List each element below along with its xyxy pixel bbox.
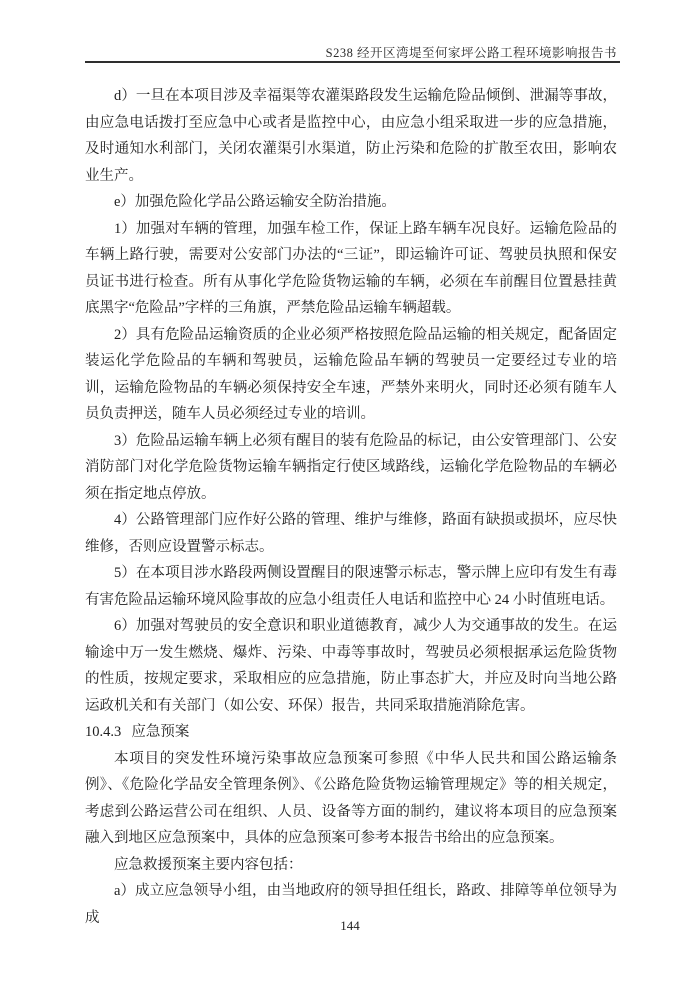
document-body: d）一旦在本项目涉及幸福渠等农灌渠路段发生运输危险品倾倒、泄漏等事故，由应急电话…: [85, 83, 617, 931]
paragraph-6: 6）加强对驾驶员的安全意识和职业道德教育，减少人为交通事故的发生。在运输途中万一…: [85, 613, 617, 719]
paragraph-1: 1）加强对车辆的管理，加强车检工作，保证上路车辆车况良好。运输危险品的车辆上路行…: [85, 216, 617, 322]
document-page: S238 经开区湾堤至何家坪公路工程环境影响报告书 d）一旦在本项目涉及幸福渠等…: [0, 0, 700, 990]
paragraph-3: 3）危险品运输车辆上必须有醒目的装有危险品的标记，由公安管理部门、公安消防部门对…: [85, 428, 617, 508]
paragraph-4: 4）公路管理部门应作好公路的管理、维护与维修，路面有缺损或损坏，应尽快维修，否则…: [85, 507, 617, 560]
page-number: 144: [0, 918, 700, 934]
section-heading-10-4-3: 10.4.3应急预案: [85, 719, 617, 746]
running-header-title: S238 经开区湾堤至何家坪公路工程环境影响报告书: [85, 43, 617, 61]
header-rule: [85, 61, 620, 63]
paragraph-d: d）一旦在本项目涉及幸福渠等农灌渠路段发生运输危险品倾倒、泄漏等事故，由应急电话…: [85, 83, 617, 189]
paragraph-e: e）加强危险化学品公路运输安全防治措施。: [85, 189, 617, 216]
paragraph-2: 2）具有危险品运输资质的企业必须严格按照危险品运输的相关规定，配备固定装运化学危…: [85, 322, 617, 428]
paragraph-emergency-plan-intro: 本项目的突发性环境污染事故应急预案可参照《中华人民共和国公路运输条例》、《危险化…: [85, 746, 617, 852]
section-number: 10.4.3: [85, 724, 121, 740]
section-title: 应急预案: [131, 724, 189, 740]
paragraph-5: 5）在本项目涉水路段两侧设置醒目的限速警示标志，警示牌上应印有发生有毒有害危险品…: [85, 560, 617, 613]
paragraph-rescue-plan-lead-in: 应急救援预案主要内容包括：: [85, 852, 617, 879]
